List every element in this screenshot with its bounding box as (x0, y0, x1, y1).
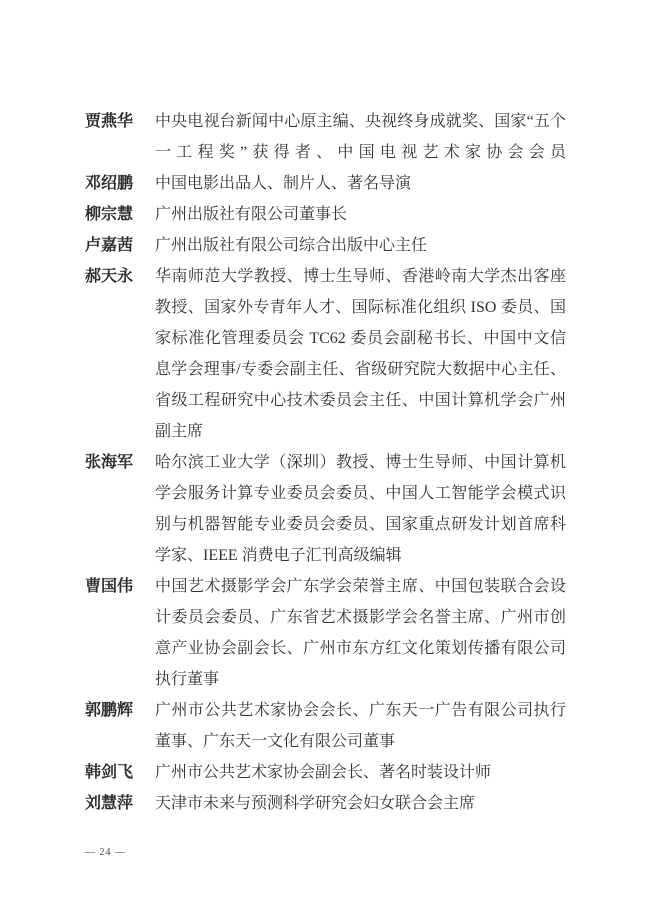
member-description: 广州市公共艺术家协会副会长、著名时装设计师 (155, 757, 566, 788)
member-description: 中央电视台新闻中心原主编、央视终身成就奖、国家“五个一工程奖”获得者、中国电视艺… (155, 106, 566, 168)
member-entry: 郝天永 华南师范大学教授、博士生导师、香港岭南大学杰出客座教授、国家外专青年人才… (85, 261, 566, 447)
member-description: 华南师范大学教授、博士生导师、香港岭南大学杰出客座教授、国家外专青年人才、国际标… (155, 261, 566, 447)
member-description: 广州出版社有限公司综合出版中心主任 (155, 230, 566, 261)
member-name: 韩剑飞 (85, 757, 155, 788)
member-name: 柳宗慧 (85, 199, 155, 230)
member-name: 刘慧萍 (85, 788, 155, 819)
member-description: 哈尔滨工业大学（深圳）教授、博士生导师、中国计算机学会服务计算专业委员会委员、中… (155, 447, 566, 571)
member-entry: 邓绍鹏 中国电影出品人、制片人、著名导演 (85, 168, 566, 199)
member-name: 曹国伟 (85, 571, 155, 602)
member-description: 广州出版社有限公司董事长 (155, 199, 566, 230)
member-entry: 柳宗慧 广州出版社有限公司董事长 (85, 199, 566, 230)
member-name: 卢嘉茜 (85, 230, 155, 261)
member-entry: 刘慧萍 天津市未来与预测科学研究会妇女联合会主席 (85, 788, 566, 819)
member-name: 张海军 (85, 447, 155, 478)
member-name: 邓绍鹏 (85, 168, 155, 199)
document-page: 贾燕华 中央电视台新闻中心原主编、央视终身成就奖、国家“五个一工程奖”获得者、中… (0, 0, 650, 919)
member-description: 中国电影出品人、制片人、著名导演 (155, 168, 566, 199)
member-list: 贾燕华 中央电视台新闻中心原主编、央视终身成就奖、国家“五个一工程奖”获得者、中… (85, 106, 566, 819)
member-entry: 贾燕华 中央电视台新闻中心原主编、央视终身成就奖、国家“五个一工程奖”获得者、中… (85, 106, 566, 168)
page-footer: — 24 — (85, 847, 126, 858)
member-description: 中国艺术摄影学会广东学会荣誉主席、中国包装联合会设计委员会委员、广东省艺术摄影学… (155, 571, 566, 695)
member-name: 郝天永 (85, 261, 155, 292)
member-entry: 卢嘉茜 广州出版社有限公司综合出版中心主任 (85, 230, 566, 261)
member-entry: 韩剑飞 广州市公共艺术家协会副会长、著名时装设计师 (85, 757, 566, 788)
member-description: 天津市未来与预测科学研究会妇女联合会主席 (155, 788, 566, 819)
member-entry: 张海军 哈尔滨工业大学（深圳）教授、博士生导师、中国计算机学会服务计算专业委员会… (85, 447, 566, 571)
member-entry: 郭鹏辉 广州市公共艺术家协会会长、广东天一广告有限公司执行董事、广东天一文化有限… (85, 695, 566, 757)
member-description: 广州市公共艺术家协会会长、广东天一广告有限公司执行董事、广东天一文化有限公司董事 (155, 695, 566, 757)
member-name: 郭鹏辉 (85, 695, 155, 726)
page-number: — 24 — (85, 847, 126, 858)
member-entry: 曹国伟 中国艺术摄影学会广东学会荣誉主席、中国包装联合会设计委员会委员、广东省艺… (85, 571, 566, 695)
member-name: 贾燕华 (85, 106, 155, 137)
